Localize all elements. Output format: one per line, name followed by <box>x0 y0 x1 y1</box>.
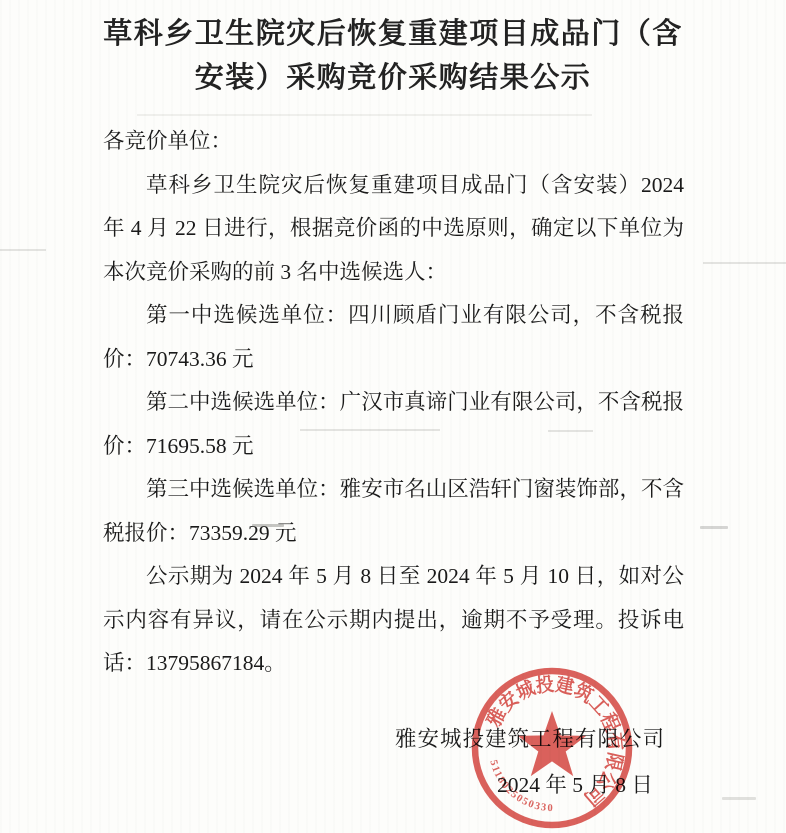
signature-date: 2024 年 5 月 8 日 <box>497 768 653 799</box>
paragraph-candidate-3: 第三中选候选单位：雅安市名山区浩轩门窗装饰部，不含税报价：73359.29 元 <box>103 468 684 555</box>
document-title-line-2: 安装）采购竞价采购结果公示 <box>195 62 592 94</box>
scan-artifact <box>722 797 756 800</box>
document-title: 草科乡卫生院灾后恢复重建项目成品门（含安装）采购竞价采购结果公示 <box>50 12 736 100</box>
paragraph-publicity-period: 公示期为 2024 年 5 月 8 日至 2024 年 5 月 10 日，如对公… <box>103 555 684 686</box>
signature-company: 雅安城投建筑工程有限公司 <box>395 722 665 753</box>
paragraph-candidate-1: 第一中选候选单位：四川顾盾门业有限公司，不含税报价：70743.36 元 <box>103 294 684 381</box>
paragraph-candidate-2: 第二中选候选单位：广汉市真谛门业有限公司，不含税报价：71695.58 元 <box>103 381 684 468</box>
scanned-document-page: 草科乡卫生院灾后恢复重建项目成品门（含安装）采购竞价采购结果公示 各竞价单位： … <box>0 0 786 833</box>
scan-artifact <box>703 262 786 264</box>
paragraph-project-info: 草科乡卫生院灾后恢复重建项目成品门（含安装）2024 年 4 月 22 日进行，… <box>103 164 684 295</box>
document-body: 各竞价单位： 草科乡卫生院灾后恢复重建项目成品门（含安装）2024 年 4 月 … <box>103 120 684 686</box>
scan-artifact <box>0 249 46 251</box>
document-title-line-1: 草科乡卫生院灾后恢复重建项目成品门（含 <box>103 18 683 50</box>
scan-artifact <box>137 114 592 116</box>
scan-artifact <box>700 526 728 529</box>
salutation: 各竞价单位： <box>103 120 684 164</box>
